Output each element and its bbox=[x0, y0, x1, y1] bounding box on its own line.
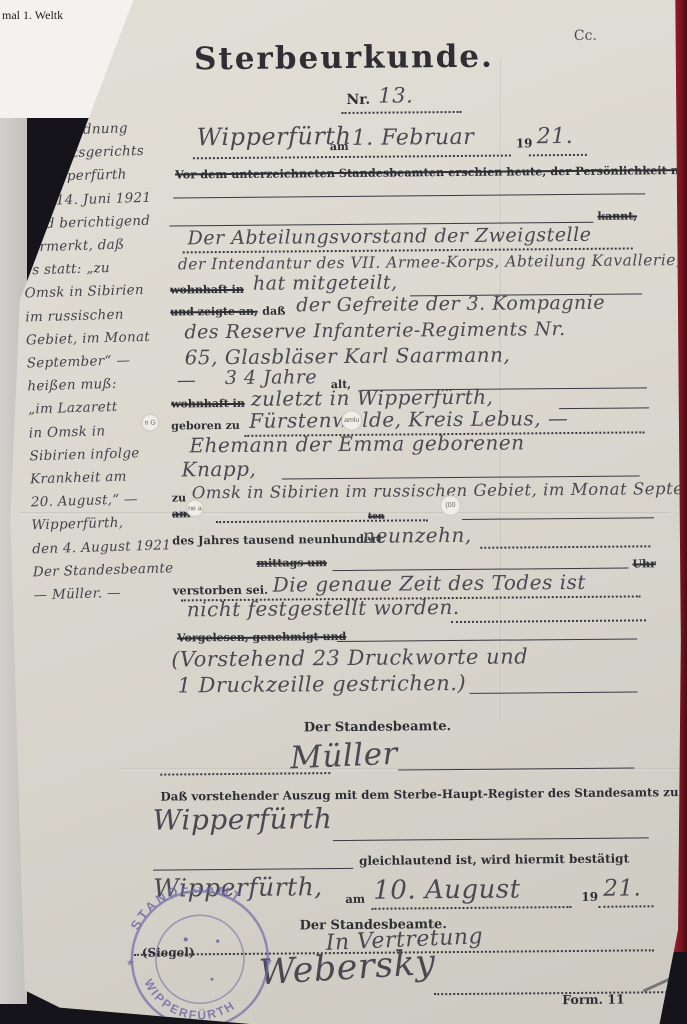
svg-text:WIPPERFÜRTH: WIPPERFÜRTH bbox=[141, 976, 238, 1023]
dass-printed: daß bbox=[262, 304, 285, 317]
time-note-line2-handwritten: nicht festgestellt worden. bbox=[187, 595, 460, 621]
deceased-line2-handwritten: des Reserve Infanterie-Regiments Nr. bbox=[184, 318, 565, 343]
margin-correction-note: Auf Anordnung des Amtsgerichts in Wipper… bbox=[19, 116, 197, 608]
confirm-statement-printed: gleichlautend ist, wird hiermit bestätig… bbox=[359, 852, 629, 868]
document-title: Sterbeurkunde. bbox=[194, 39, 474, 77]
dateline-century: 19 bbox=[516, 136, 533, 150]
correction-line2-handwritten: 1 Druckzeille gestrichen.) bbox=[177, 671, 466, 698]
hat-mitgeteilt-handwritten: hat mitgeteilt, bbox=[253, 272, 398, 295]
kannt-struck-text: kannt, bbox=[597, 209, 637, 222]
intro-struck-text: Vor dem unterzeichneten Standesbeamten e… bbox=[175, 163, 687, 182]
punch-hole: amlu bbox=[341, 410, 362, 431]
dateline-day-handwritten: 1. Februar bbox=[352, 125, 475, 151]
family-line1-handwritten: Ehemann der Emma geborenen bbox=[189, 430, 524, 457]
mittags-um-struck: mittags um bbox=[256, 556, 327, 570]
correction-line1-handwritten: (Vorstehend 23 Druckworte und bbox=[171, 644, 528, 671]
ten-struck: ten bbox=[368, 512, 385, 522]
confirm-year-handwritten: 21. bbox=[603, 875, 641, 901]
stamp-arc-bottom-text: WIPPERFÜRTH bbox=[141, 976, 238, 1023]
time-note-line1-handwritten: Die genaue Zeit des Todes ist bbox=[273, 570, 586, 597]
confirm-day-handwritten: 10. August bbox=[373, 874, 521, 905]
death-place-handwritten: Omsk in Sibirien im russischen Gebiet, i… bbox=[192, 479, 687, 503]
informant-line1-handwritten: Der Abteilungsvorstand der Zweigstelle bbox=[188, 224, 592, 250]
dateline-year-handwritten: 21. bbox=[537, 124, 574, 149]
birthplace-handwritten: Fürstenwalde, Kreis Lebus, — bbox=[249, 406, 568, 433]
registrar-label-1: Der Standesbeamte. bbox=[304, 719, 451, 735]
des-jahres-printed: des Jahres tausend neunhundert bbox=[172, 532, 383, 548]
punch-hole: (00 bbox=[440, 495, 461, 516]
informant-line2-handwritten: der Intendantur des VII. Armee-Korps, Ab… bbox=[178, 251, 682, 273]
registry-place-handwritten: Wipperfürth bbox=[153, 802, 333, 837]
form-number: Form. 11 bbox=[562, 992, 625, 1008]
deceased-line1-handwritten: der Gefreite der 3. Kompagnie bbox=[296, 292, 605, 317]
certificate-paper: Cc. Sterbeurkunde. Nr. 13. Wipperfürth a… bbox=[0, 0, 687, 1024]
deceased-line3-handwritten: 65, Glasbläser Karl Saarmann, bbox=[185, 343, 511, 370]
dateline-place-handwritten: Wipperfürth bbox=[197, 122, 352, 151]
official-round-stamp-standesamt-wipperfuerth: STANDESAMT WIPPERFÜRTH ★ ★ bbox=[99, 886, 300, 1024]
nr-label: Nr. bbox=[346, 92, 370, 108]
uhr-struck: Uhr bbox=[632, 557, 656, 570]
pencil-mark bbox=[643, 977, 672, 992]
year-word-handwritten: neunzehn, bbox=[362, 523, 472, 548]
stamp-star-right: ★ bbox=[264, 957, 273, 968]
extract-statement-printed: Daß vorstehender Auszug mit dem Sterbe-H… bbox=[160, 785, 678, 804]
registrar-signature-1: Müller bbox=[289, 736, 398, 777]
backing-page-text-fragment: mal 1. Weltk bbox=[2, 8, 63, 23]
vorgelesen-struck: Vorgelesen, genehmigt und bbox=[177, 630, 346, 644]
confirm-am-printed: am bbox=[345, 892, 365, 906]
stamp-star-left: ★ bbox=[126, 958, 135, 969]
confirm-century-printed: 19 bbox=[581, 890, 598, 904]
photo-of-death-certificate: mal 1. Weltk Cc. Sterbeurkunde. Nr. 13. … bbox=[0, 0, 687, 1024]
corner-mark: Cc. bbox=[574, 28, 597, 44]
nr-value-handwritten: 13. bbox=[378, 83, 413, 107]
dateline-am: am bbox=[330, 140, 349, 153]
